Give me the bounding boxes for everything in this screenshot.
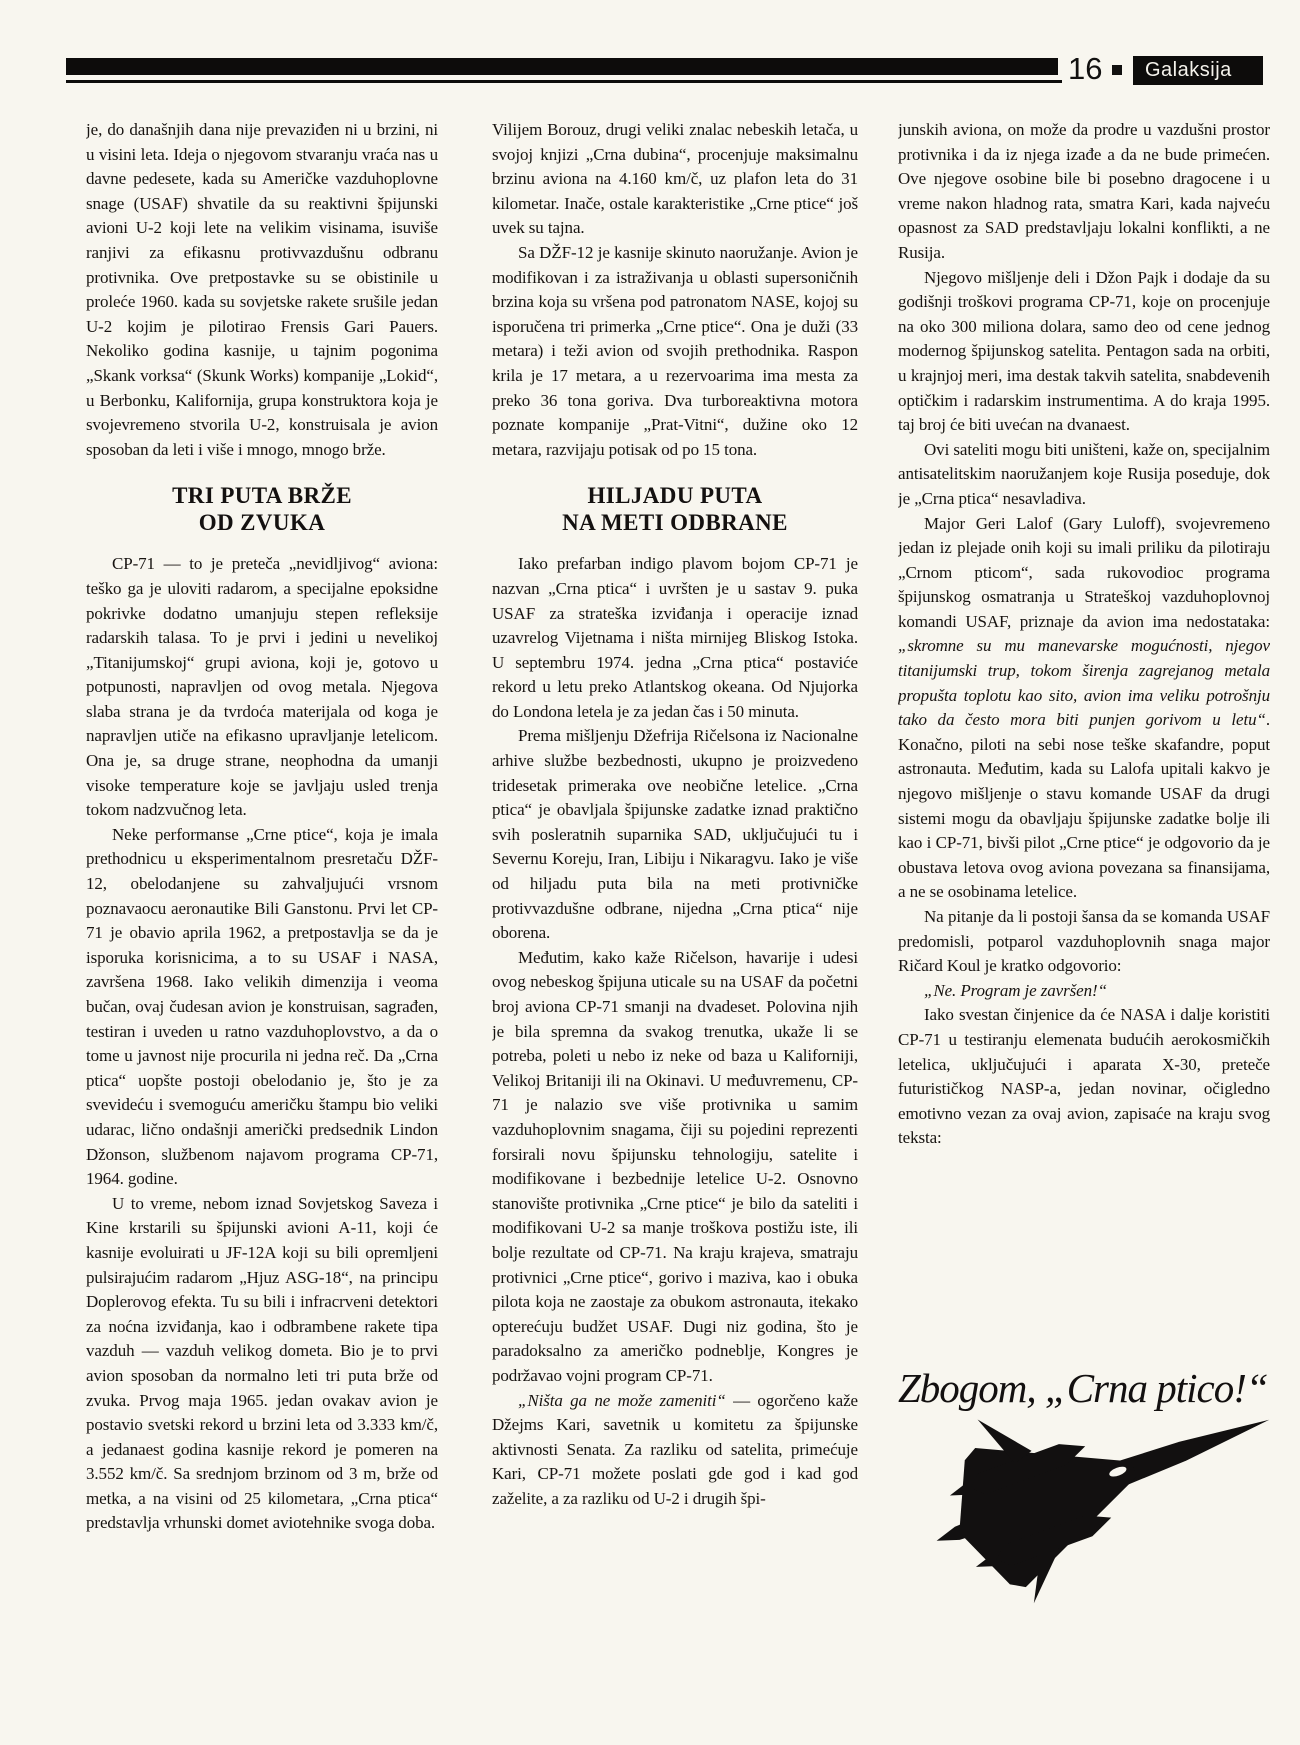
article-column-1: je, do današnjih dana nije prevaziđen ni… xyxy=(86,118,438,1732)
header-rule-thin xyxy=(66,80,1062,83)
article-paragraph: Iako svestan činjenice da će NASA i dalj… xyxy=(898,1003,1270,1151)
magazine-title-badge: Galaksija xyxy=(1133,56,1263,85)
article-paragraph: je, do današnjih dana nije prevaziđen ni… xyxy=(86,118,438,462)
article-column-3: junskih aviona, on može da prodre u vazd… xyxy=(898,118,1270,1368)
header-rule-thick xyxy=(66,58,1058,75)
article-paragraph: Ovi sateliti mogu biti uništeni, kaže on… xyxy=(898,438,1270,512)
section-heading: TRI PUTA BRŽEOD ZVUKA xyxy=(86,482,438,536)
article-paragraph: Međutim, kako kaže Ričelson, havarije i … xyxy=(492,946,858,1389)
article-paragraph: Major Geri Lalof (Gary Luloff), svojevre… xyxy=(898,512,1270,906)
article-paragraph: Neke performanse „Crne ptice“, koja je i… xyxy=(86,823,438,1192)
article-paragraph: Njegovo mišljenje deli i Džon Pajk i dod… xyxy=(898,266,1270,438)
article-paragraph: Na pitanje da li postoji šansa da se kom… xyxy=(898,905,1270,979)
magazine-page: { "colors": { "paper": "#f8f6ef", "ink":… xyxy=(0,0,1300,1745)
article-paragraph: Prema mišljenju Džefrija Ričelsona iz Na… xyxy=(492,724,858,945)
article-paragraph: Iako prefarban indigo plavom bojom CP-71… xyxy=(492,552,858,724)
article-column-2: Vilijem Borouz, drugi veliki znalac nebe… xyxy=(492,118,858,1732)
article-paragraph: CP-71 — to je preteča „nevidljivog“ avio… xyxy=(86,552,438,823)
article-paragraph: Vilijem Borouz, drugi veliki znalac nebe… xyxy=(492,118,858,241)
article-paragraph: Sa DŽF-12 je kasnije skinuto naoružanje.… xyxy=(492,241,858,462)
article-paragraph: U to vreme, nebom iznad Sovjetskog Savez… xyxy=(86,1192,438,1536)
square-bullet-icon xyxy=(1112,65,1122,75)
article-paragraph: „Ne. Program je završen!“ xyxy=(898,979,1270,1004)
article-paragraph: „Ništa ga ne može zameniti“ — ogorčeno k… xyxy=(492,1389,858,1512)
blackbird-silhouette-illustration xyxy=(870,1318,1294,1662)
section-heading: HILJADU PUTANA METI ODBRANE xyxy=(492,482,858,536)
article-paragraph: junskih aviona, on može da prodre u vazd… xyxy=(898,118,1270,266)
page-number: 16 xyxy=(1068,52,1114,86)
